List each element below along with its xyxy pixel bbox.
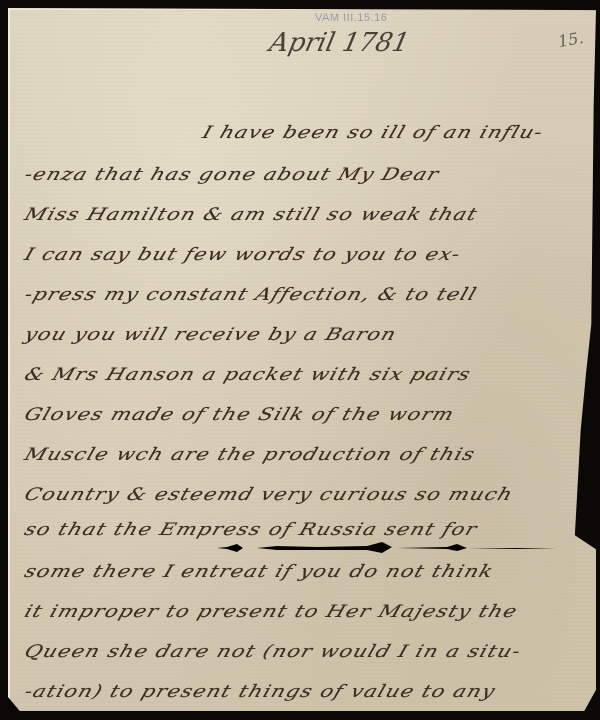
letter-line: -enza that has gone about My Dear xyxy=(22,164,442,184)
letter-line: -ation) to present things of value to an… xyxy=(22,681,499,701)
letter-line: Queen she dare not (nor would I in a sit… xyxy=(22,641,524,661)
scan-viewer: VAM III.15.16 April 1781 15. I have been… xyxy=(0,0,600,720)
letter-line: I have been so ill of an influ- xyxy=(200,122,546,142)
letter-line: you you will receive by a Baron xyxy=(22,324,399,344)
letter-line: Gloves made of the Silk of the worm xyxy=(22,404,457,424)
paper-tear xyxy=(217,542,557,554)
archive-reference-stamp: VAM III.15.16 xyxy=(315,12,387,24)
letter-line: Muscle wch are the production of this xyxy=(22,444,478,464)
letter-line: some there I entreat if you do not think xyxy=(22,561,497,581)
letter-line: Miss Hamilton & am still so weak that xyxy=(22,204,481,224)
letter-line: & Mrs Hanson a packet with six pairs xyxy=(22,364,474,384)
letter-line: so that the Empress of Russia sent for xyxy=(22,519,480,539)
letter-line: it improper to present to Her Majesty th… xyxy=(22,601,521,621)
letter-line: I can say but few words to you to ex- xyxy=(22,244,464,264)
letter-date: April 1781 xyxy=(267,28,412,58)
letter-line: Country & esteemd very curious so much xyxy=(22,484,516,504)
letter-line: -press my constant Affection, & to tell xyxy=(22,284,480,304)
